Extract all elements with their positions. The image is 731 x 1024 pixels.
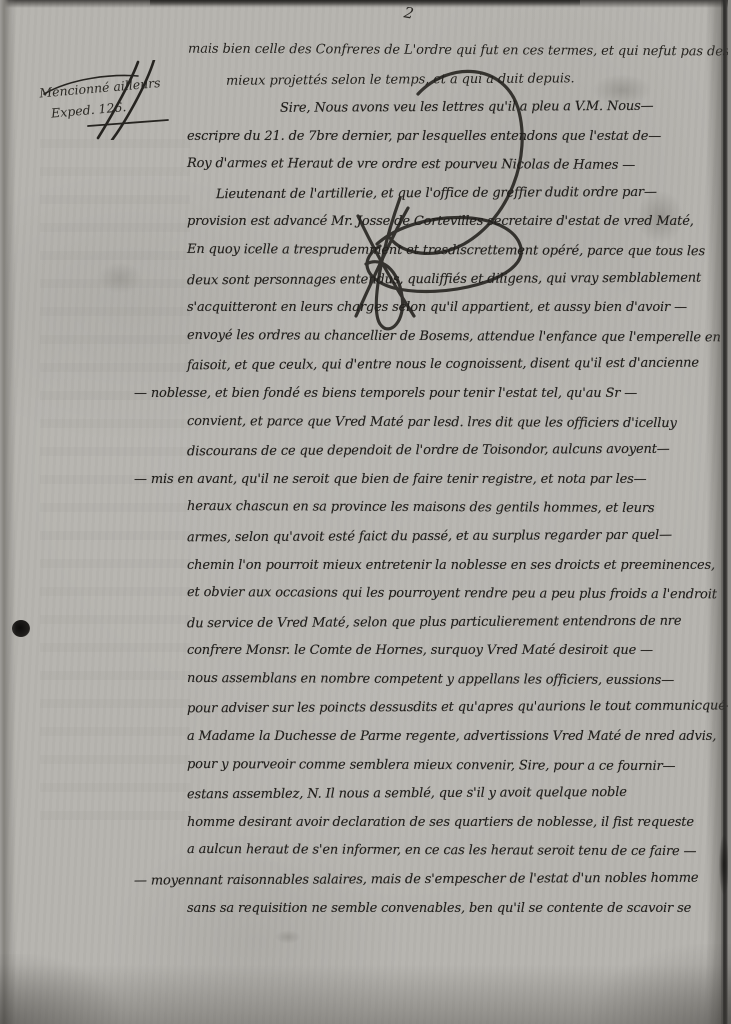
manuscript-line: confrere Monsr. le Comte de Hornes, surq… xyxy=(130,637,730,666)
manuscript-line: envoyé les ordres au chancellier de Bose… xyxy=(130,321,730,352)
manuscript-line: escripre du 21. de 7bre dernier, par les… xyxy=(130,123,730,152)
manuscript-line: pour adviser sur les poincts dessusdits … xyxy=(130,693,730,725)
manuscript-line: heraux chascun en sa province les maison… xyxy=(130,493,730,524)
manuscript-line: sans sa requisition ne semble convenable… xyxy=(130,895,730,924)
manuscript-line: deux sont personnages entendus, qualiffi… xyxy=(130,264,730,296)
manuscript-line: — moyennant raisonnables salaires, mais … xyxy=(130,864,730,896)
manuscript-line: du service de Vred Maté, selon que plus … xyxy=(130,607,730,639)
manuscript-line: homme desirant avoir declaration de ses … xyxy=(130,809,730,838)
manuscript-line: estans assemblez, N. Il nous a semblé, q… xyxy=(130,779,730,811)
manuscript-line: — noblesse, et bien fondé es biens tempo… xyxy=(130,380,730,409)
manuscript-line: armes, selon qu'avoit esté faict du pass… xyxy=(130,521,730,553)
letter-body: Sire, Nous avons veu les lettres qu'il a… xyxy=(130,94,730,923)
corner-shadow-bottom-right xyxy=(591,944,731,1024)
manuscript-line: Roy d'armes et Heraut de vre ordre est p… xyxy=(130,150,730,181)
manuscript-line: En quoy icelle a tresprudemment et tresd… xyxy=(130,236,730,267)
manuscript-line: provision est advancé Mr. Josse de Corte… xyxy=(130,208,730,237)
manuscript-page: 2 Mencionné ailleurs Exped. 126. mais bi… xyxy=(0,0,731,1024)
manuscript-line: a aulcun heraut de s'en informer, en ce … xyxy=(130,836,730,867)
manuscript-line: chemin l'on pourroit mieux entretenir la… xyxy=(130,552,730,581)
manuscript-line: et obvier aux occasions qui les pourroye… xyxy=(130,579,730,610)
manuscript-line: nous assemblans en nombre competent y ap… xyxy=(130,665,730,696)
manuscript-line: — mis en avant, qu'il ne seroit que bien… xyxy=(130,466,730,495)
manuscript-line: Lieutenant de l'artillerie, et que l'off… xyxy=(130,178,730,210)
interlined-addition: mais bien celle des Confreres de L'ordre… xyxy=(188,36,729,94)
manuscript-line: convient, et parce que Vred Maté par les… xyxy=(130,407,730,438)
manuscript-line: s'acquitteront en leurs charges selon qu… xyxy=(130,294,730,323)
manuscript-line: Sire, Nous avons veu les lettres qu'il a… xyxy=(130,92,730,124)
manuscript-line: pour y pourveoir comme semblera mieux co… xyxy=(130,750,730,781)
paper-stain xyxy=(275,930,301,944)
corner-shadow-bottom-left xyxy=(0,954,120,1024)
scan-edge-left xyxy=(0,0,16,1024)
manuscript-line: discourans de ce que dependoit de l'ordr… xyxy=(130,436,730,468)
manuscript-line: a Madame la Duchesse de Parme regente, a… xyxy=(130,723,730,752)
manuscript-line: faisoit, et que ceulx, qui d'entre nous … xyxy=(130,350,730,382)
scan-edge-top-smear xyxy=(150,0,580,6)
interlined-line: mais bien celle des Confreres de L'ordre… xyxy=(188,35,730,67)
interlined-line: mieux projettés selon le temps, et a qui… xyxy=(226,63,730,96)
